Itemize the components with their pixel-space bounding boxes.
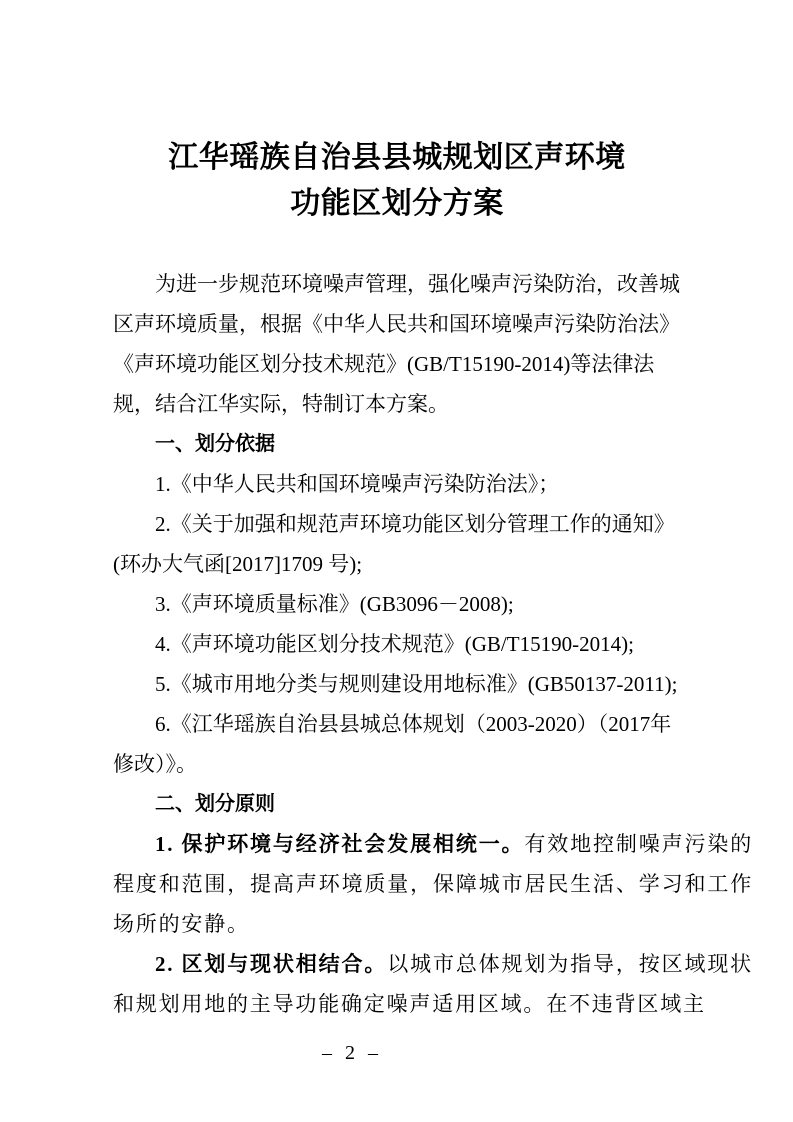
document-content: 江华瑶族自治县县城规划区声环境 功能区划分方案 为进一步规范环境噪声管理，强化噪…	[113, 135, 681, 1024]
basis-item-3: 3.《声环境质量标准》(GB3096－2008);	[113, 584, 681, 624]
principle-paragraph-2: 2. 区划与现状相结合。以城市总体规划为指导，按区域现状和规划用地的主导功能确定…	[113, 944, 753, 1024]
basis-item-2: 2.《关于加强和规范声环境功能区划分管理工作的通知》(环办大气函[2017]17…	[113, 504, 681, 584]
principle-lead-1: 1. 保护环境与经济社会发展相统一。	[155, 832, 524, 856]
title-line-1: 江华瑶族自治县县城规划区声环境	[113, 135, 681, 181]
basis-item-5: 5.《城市用地分类与规则建设用地标准》(GB50137-2011);	[113, 664, 681, 704]
document-title: 江华瑶族自治县县城规划区声环境 功能区划分方案	[113, 135, 681, 227]
principle-lead-2: 2. 区划与现状相结合。	[155, 952, 387, 976]
basis-item-6: 6.《江华瑶族自治县县城总体规划（2003-2020）（2017年修改）》。	[113, 704, 681, 784]
basis-item-4: 4.《声环境功能区划分技术规范》(GB/T15190-2014);	[113, 624, 681, 664]
principle-paragraph-1: 1. 保护环境与经济社会发展相统一。有效地控制噪声污染的程度和范围，提高声环境质…	[113, 824, 753, 944]
document-page: 江华瑶族自治县县城规划区声环境 功能区划分方案 为进一步规范环境噪声管理，强化噪…	[0, 0, 793, 1122]
title-line-2: 功能区划分方案	[113, 181, 681, 227]
page-number: – 2 –	[283, 1042, 417, 1065]
basis-section-heading: 一、划分依据	[113, 424, 681, 464]
principles-section-heading: 二、划分原则	[113, 784, 681, 824]
intro-paragraph: 为进一步规范环境噪声管理，强化噪声污染防治，改善城区声环境质量，根据《中华人民共…	[113, 264, 681, 424]
basis-item-1: 1.《中华人民共和国环境噪声污染防治法》；	[113, 464, 681, 504]
